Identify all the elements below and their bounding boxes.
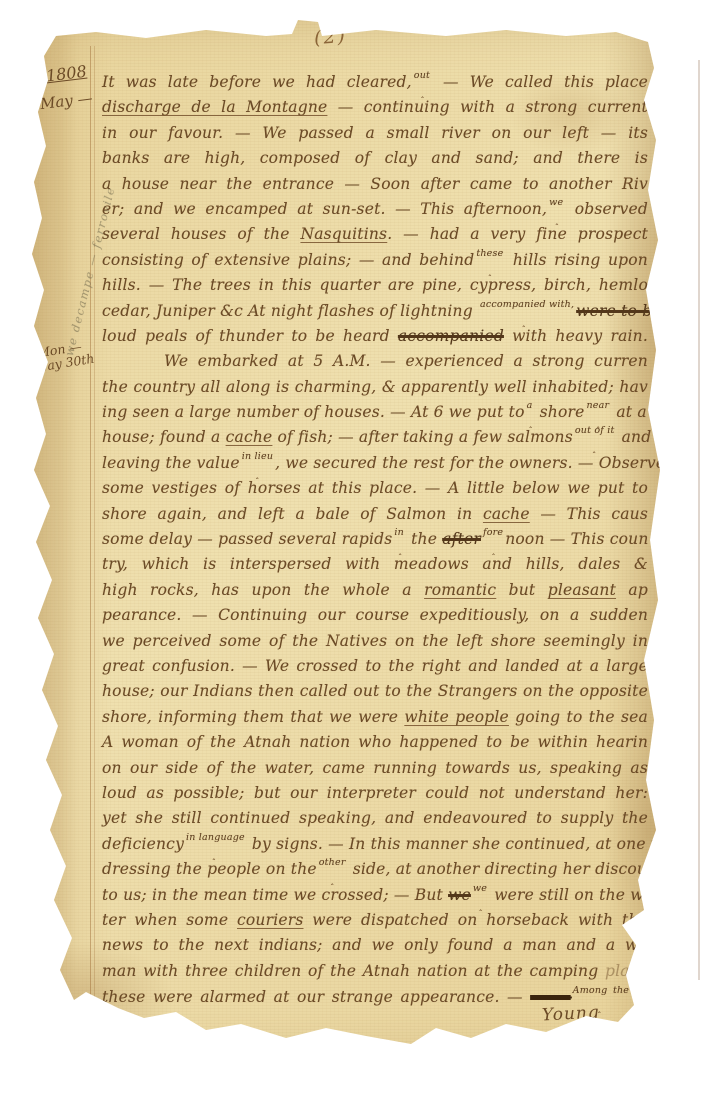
manuscript-line: shore again, and left a bale of Salmon i… xyxy=(102,502,648,527)
line-segment: these were alarmed at our strange appear… xyxy=(102,988,530,1006)
signature-catchword: Young xyxy=(542,1003,601,1026)
line-segment: on our side of the water, came running t… xyxy=(102,759,648,777)
scan-edge-line xyxy=(698,60,700,980)
line-segment: with heavy rain. xyxy=(504,327,648,345)
line-segment: house; found a xyxy=(102,428,226,446)
line-segment: a house near the entrance — Soon after c… xyxy=(102,175,648,193)
interlinear-insertion: we xyxy=(549,197,563,208)
line-segment: ——— xyxy=(530,987,571,1006)
interlinear-insertion: other xyxy=(319,857,346,868)
manuscript-line: we perceived some of the Natives on the … xyxy=(102,629,648,654)
manuscript-line: loud as possible; but our interpreter co… xyxy=(102,781,648,806)
line-segment: several houses of the xyxy=(102,225,300,243)
interlinear-insertion: these xyxy=(476,248,503,259)
line-segment: shore, informing them that we were xyxy=(102,708,404,726)
manuscript-line: consisting of extensive plains; — and be… xyxy=(102,248,648,273)
line-segment: observed xyxy=(565,200,648,218)
line-segment: but xyxy=(496,581,547,599)
line-segment: were to be seen xyxy=(576,302,703,320)
line-segment: place xyxy=(605,962,648,980)
line-segment: of fish; — after taking a few salmons xyxy=(272,428,573,446)
interlinear-insertion: near xyxy=(586,400,609,411)
manuscript-line: man with three children of the Atnah nat… xyxy=(102,959,648,984)
line-segment: romantic xyxy=(424,581,496,599)
line-segment: , we secured the rest for the owners. — … xyxy=(275,454,675,472)
line-segment: and xyxy=(616,428,651,446)
page-number: (2) xyxy=(313,25,347,49)
manuscript-line: shore, informing them that we were white… xyxy=(102,705,648,730)
manuscript-line: the country all along is charming, & app… xyxy=(102,375,648,400)
line-segment: the country all along is charming, & app… xyxy=(102,378,648,396)
manuscript-page: (2) 1808 May — we decampe — ferrovile Mo… xyxy=(26,20,660,1060)
line-segment: a xyxy=(631,988,648,1006)
manuscript-line: ter when some couriers were dispatched o… xyxy=(102,908,648,933)
interlinear-insertion: Among the xyxy=(573,985,629,996)
line-segment: at a large xyxy=(611,403,693,421)
manuscript-line: banks are high, composed of clay and san… xyxy=(102,146,648,171)
line-segment: — continuing with a strong current xyxy=(327,98,648,116)
manuscript-line: dressing the people on theother side, at… xyxy=(102,857,648,882)
interlinear-insertion: a xyxy=(527,400,533,411)
manuscript-line: leaving the valuein lieu, we secured the… xyxy=(102,451,648,476)
line-segment: . — had a very fine prospect xyxy=(387,225,648,243)
line-segment: we xyxy=(448,886,471,904)
line-segment: try, which is interspersed with meadows … xyxy=(102,555,648,573)
margin-rule-line xyxy=(90,46,95,1004)
manuscript-line: yet she still continued speaking, and en… xyxy=(102,806,648,831)
line-segment: white people xyxy=(404,708,509,726)
line-segment: hills. — The trees in this quarter are p… xyxy=(102,276,648,294)
line-segment: yet she still continued speaking, and en… xyxy=(102,809,648,827)
line-segment: loud as possible; but our interpreter co… xyxy=(102,784,648,802)
line-segment: We embarked at 5 A.M. — experienced a st… xyxy=(164,352,648,370)
manuscript-lines: It was late before we had cleared,out — … xyxy=(102,70,648,1009)
line-segment: side, at another directing her discourse xyxy=(348,860,673,878)
line-segment: cache xyxy=(483,505,530,523)
line-segment: were still on the wa xyxy=(489,886,653,904)
manuscript-line: pearance. — Continuing our course expedi… xyxy=(102,603,648,628)
manuscript-line: to us; in the mean time we crossed; — Bu… xyxy=(102,883,648,908)
line-segment: the xyxy=(406,530,442,548)
manuscript-line: on our side of the water, came running t… xyxy=(102,756,648,781)
manuscript-line: great confusion. — We crossed to the rig… xyxy=(102,654,648,679)
line-segment: we perceived some of the Natives on the … xyxy=(102,632,648,650)
line-segment: ing seen a large number of houses. — At … xyxy=(102,403,525,421)
manuscript-line: discharge de la Montagne — continuing wi… xyxy=(102,95,648,120)
line-segment: — We called this place xyxy=(432,73,648,91)
line-segment: er; and we encamped at sun-set. — This a… xyxy=(102,200,547,218)
interlinear-insertion: we xyxy=(473,883,487,894)
manuscript-line: news to the next indians; and we only fo… xyxy=(102,933,648,958)
line-segment: shore xyxy=(534,403,584,421)
manuscript-line: a house near the entrance — Soon after c… xyxy=(102,172,648,197)
manuscript-line: house; our Indians then called out to th… xyxy=(102,679,648,704)
line-segment: noon — This coun xyxy=(505,530,648,548)
line-segment: discharge de la Montagne xyxy=(102,98,327,116)
interlinear-insertion: in xyxy=(394,527,404,538)
line-segment: cache xyxy=(226,428,273,446)
line-segment: great confusion. — We crossed to the rig… xyxy=(102,657,648,675)
interlinear-insertion: out of it xyxy=(575,425,615,436)
line-segment: some vestiges of horses at this place. —… xyxy=(102,479,648,497)
manuscript-line: in our favour. — We passed a small river… xyxy=(102,121,648,146)
manuscript-line: try, which is interspersed with meadows … xyxy=(102,552,648,577)
line-segment: It was late before we had cleared, xyxy=(102,73,412,91)
line-segment: after xyxy=(442,530,481,548)
line-segment: some delay — passed several rapids xyxy=(102,530,392,548)
line-segment: couriers xyxy=(237,911,304,929)
manuscript-line: house; found a cache of fish; — after ta… xyxy=(102,425,648,450)
manuscript-line: A woman of the Atnah nation who happened… xyxy=(102,730,648,755)
line-segment: Nasquitins xyxy=(300,225,387,243)
line-segment: shore again, and left a bale of Salmon i… xyxy=(102,505,483,523)
line-segment: in our favour. — We passed a small river… xyxy=(102,124,648,142)
line-segment: news to the next indians; and we only fo… xyxy=(102,936,648,954)
line-segment: accompanied xyxy=(398,327,504,345)
line-segment: dressing the people on the xyxy=(102,860,317,878)
line-segment: leaving the value xyxy=(102,454,240,472)
manuscript-line: some delay — passed several rapidsin the… xyxy=(102,527,648,552)
manuscript-line: loud peals of thunder to be heard accomp… xyxy=(102,324,648,349)
interlinear-insertion: fore xyxy=(483,527,503,538)
line-segment: to us; in the mean time we crossed; — Bu… xyxy=(102,886,448,904)
line-segment: cedar, Juniper &c At night flashes of li… xyxy=(102,302,478,320)
line-segment: hills rising upon xyxy=(505,251,648,269)
line-segment: going to the sea xyxy=(509,708,648,726)
line-segment: by signs. — In this manner she continued… xyxy=(247,835,703,853)
line-segment: loud peals of thunder to be heard xyxy=(102,327,398,345)
line-segment: were dispatched on horseback with the xyxy=(304,911,648,929)
line-segment: — This caus xyxy=(530,505,648,523)
line-segment: consisting of extensive plains; — and be… xyxy=(102,251,474,269)
interlinear-insertion: accompanied with, xyxy=(480,299,574,310)
manuscript-line: ing seen a large number of houses. — At … xyxy=(102,400,648,425)
margin-note-year: 1808 xyxy=(45,62,88,86)
line-segment: pleasant xyxy=(548,581,616,599)
line-segment: high rocks, has upon the whole a xyxy=(102,581,424,599)
interlinear-insertion: out xyxy=(414,70,430,81)
interlinear-insertion: in lieu xyxy=(242,451,273,462)
manuscript-line: several houses of the Nasquitins. — had … xyxy=(102,222,648,247)
margin-note-month: May — xyxy=(39,89,93,113)
line-segment: ap xyxy=(616,581,648,599)
line-segment: house; our Indians then called out to th… xyxy=(102,682,648,700)
line-segment: A woman of the Atnah nation who happened… xyxy=(102,733,648,751)
manuscript-line: er; and we encamped at sun-set. — This a… xyxy=(102,197,648,222)
line-segment: man with three children of the Atnah nat… xyxy=(102,962,605,980)
line-segment: pearance. — Continuing our course expedi… xyxy=(102,606,648,624)
manuscript-line: some vestiges of horses at this place. —… xyxy=(102,476,648,501)
manuscript-line: cedar, Juniper &c At night flashes of li… xyxy=(102,299,648,324)
manuscript-line: hills. — The trees in this quarter are p… xyxy=(102,273,648,298)
manuscript-line: It was late before we had cleared,out — … xyxy=(102,70,648,95)
line-segment: deficiency xyxy=(102,835,184,853)
line-segment: ter when some xyxy=(102,911,237,929)
line-segment: banks are high, composed of clay and san… xyxy=(102,149,648,167)
manuscript-line: We embarked at 5 A.M. — experienced a st… xyxy=(102,349,648,374)
manuscript-line: high rocks, has upon the whole a romanti… xyxy=(102,578,648,603)
manuscript-line: deficiencyin language by signs. — In thi… xyxy=(102,832,648,857)
interlinear-insertion: in language xyxy=(186,832,245,843)
margin-note-day: Mon — day 30th xyxy=(36,338,95,374)
